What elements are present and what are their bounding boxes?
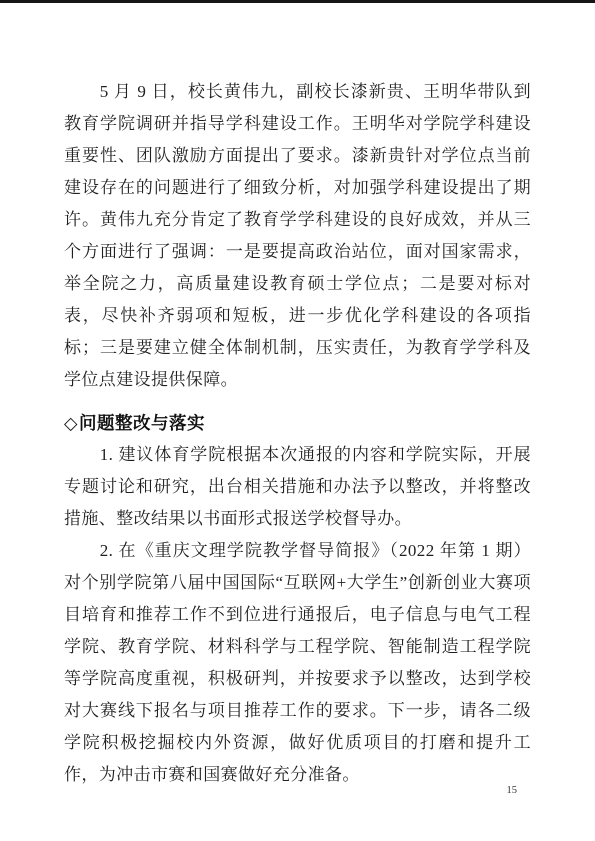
page-content: 5 月 9 日，校长黄伟九，副校长漆新贵、王明华带队到教育学院调研并指导学科建设… xyxy=(64,76,531,791)
paragraph-rectification-item-1: 1. 建议体育学院根据本次通报的内容和学院实际，开展专题讨论和研究，出台相关措施… xyxy=(64,439,531,535)
paragraph-campus-visit-report: 5 月 9 日，校长黄伟九，副校长漆新贵、王明华带队到教育学院调研并指导学科建设… xyxy=(64,76,531,396)
diamond-bullet-icon: ◇ xyxy=(64,413,78,433)
paragraph-rectification-item-2: 2. 在《重庆文理学院教学督导简报》（2022 年第 1 期）对个别学院第八届中… xyxy=(64,535,531,791)
page-number: 15 xyxy=(507,784,518,798)
screenshot-top-edge-line xyxy=(0,0,595,3)
section-heading-problem-rectification: ◇问题整改与落实 xyxy=(64,407,531,439)
section-heading-label: 问题整改与落实 xyxy=(79,413,205,433)
